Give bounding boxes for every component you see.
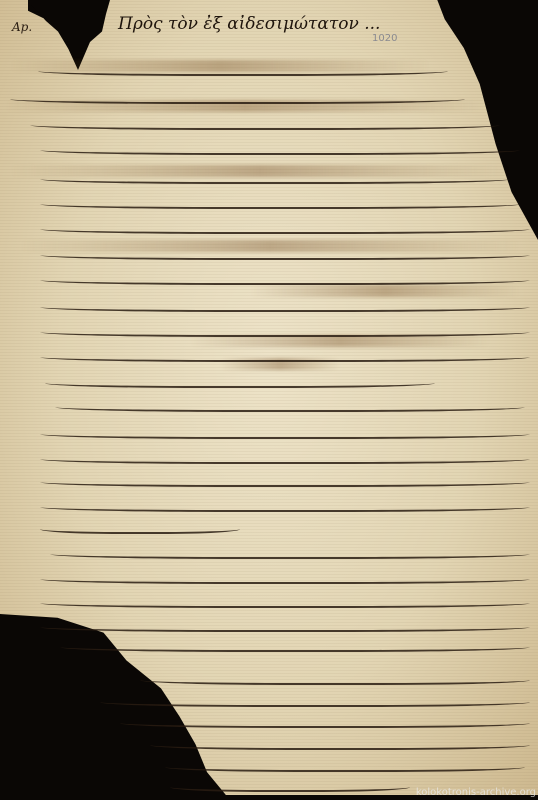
margin-note: Ap.	[12, 20, 32, 34]
handwriting-line	[40, 522, 240, 534]
handwriting-line	[40, 596, 530, 608]
handwriting-line	[60, 640, 530, 652]
handwriting-line	[40, 475, 530, 487]
handwriting-line	[40, 248, 530, 260]
handwriting-line	[170, 780, 410, 792]
handwriting-line	[40, 427, 530, 439]
handwriting-line	[40, 620, 530, 632]
manuscript-heading: Πρὸς τὸν ἐξ αἰδεσιμώτατον ...	[118, 14, 380, 34]
archive-watermark: kolokotronis-archive.org	[416, 787, 536, 798]
ink-bleed	[250, 285, 520, 297]
handwriting-line	[30, 118, 500, 130]
handwriting-line	[120, 716, 530, 728]
handwriting-line	[40, 197, 520, 209]
handwriting-line	[40, 222, 530, 234]
handwriting-line	[10, 92, 465, 104]
handwriting-line	[55, 400, 525, 412]
handwriting-line	[40, 452, 530, 464]
handwriting-line	[40, 273, 530, 285]
handwriting-line	[40, 500, 530, 512]
handwriting-line	[40, 172, 510, 184]
handwriting-line	[40, 325, 530, 337]
handwriting-line	[40, 572, 530, 584]
handwriting-line	[150, 738, 530, 750]
handwriting-line	[38, 64, 448, 76]
handwriting-line	[140, 673, 530, 685]
handwriting-line	[100, 695, 530, 707]
handwriting-line	[50, 547, 530, 559]
handwriting-line	[40, 300, 530, 312]
handwriting-line	[40, 350, 530, 362]
handwriting-line	[40, 143, 520, 155]
handwriting-line	[45, 376, 435, 388]
folio-number: 1020	[372, 33, 397, 44]
handwriting-line	[165, 760, 525, 772]
